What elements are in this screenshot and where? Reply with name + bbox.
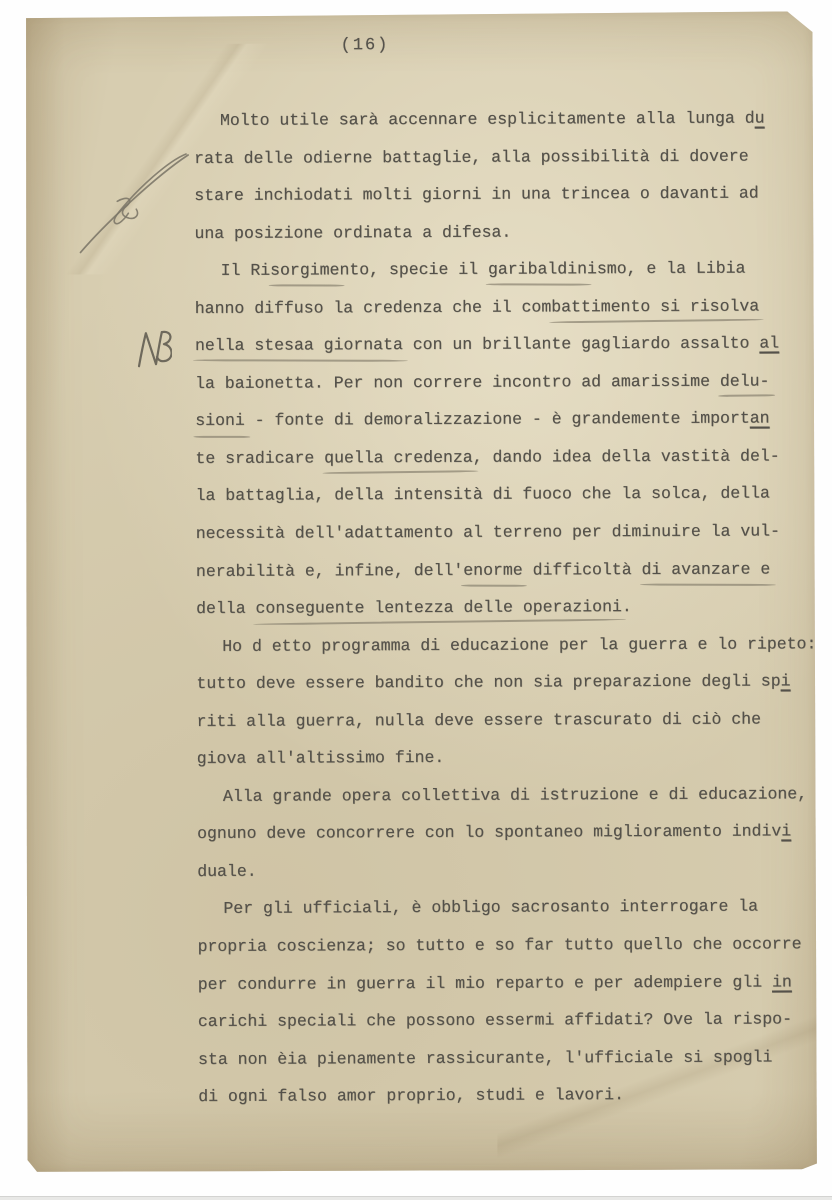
text-segment: con un brillante gagliardo assalto [403,325,760,364]
text-segment: tutto deve essere bandito che non sia pr… [196,663,780,703]
nb-annotation [136,328,172,370]
scan-edge [0,1196,832,1200]
typewritten-line: riti alla guerra, nulla deve essere tras… [196,700,808,740]
typewritten-line: rata delle odierne battaglie, alla possi… [194,137,806,177]
typed-underlined-text: i [781,813,791,851]
pencil-underlined-text: garibaldin [488,250,587,288]
text-segment: la battaglia, della intensità di fuoco c… [195,475,769,515]
typewritten-line: per condurre in guerra il mio reparto e … [198,963,810,1003]
pencil-flourish-mark [78,148,196,257]
typewritten-line: Il Risorgimento, specie il garibaldinism… [195,249,807,289]
typewritten-line: duale. [197,850,809,890]
typewritten-line: propria coscienza; so tutto e so far tut… [197,925,809,965]
text-segment: sta non èia pienamente rassicurante, l'u… [198,1038,772,1078]
text-segment: propria coscienza; so tutto e so far tut… [197,925,801,965]
typewritten-line: Alla grande opera collettiva di istruzio… [197,775,809,815]
text-segment: te sradicare [195,439,324,477]
typewritten-line: nerabilità e, infine, dell'enorme diffic… [196,550,808,590]
pencil-underlined-text: enorme [463,551,523,589]
typewritten-line: hanno diffuso la credenza che il combatt… [195,287,807,327]
typewritten-line: tutto deve essere bandito che non sia pr… [196,663,808,703]
pencil-underlined-text: nella stesaa giornata [195,326,403,364]
text-segment: Molto utile sarà accennare esplicitament… [220,100,755,140]
page-number: (16) [341,36,390,55]
typewritten-line: Ho d etto programma di educazione per la… [196,625,808,665]
pencil-underlined-text: quella credenza [324,439,473,477]
text-segment: Ho d etto programma di educazione per la… [222,625,816,665]
typewritten-line: carichi speciali che possono essermi aff… [198,1000,810,1040]
text-segment: - fonte di demoralizzazione - è grandeme… [245,400,750,440]
text-segment: . [622,588,632,626]
text-segment: stare inchiodati molti giorni in una tri… [194,175,759,215]
text-segment: necessità dell'adattamento al terreno pe… [196,512,780,552]
text-segment: per condurre in guerra il mio reparto e … [198,963,772,1003]
text-segment: la baionetta. Per non correre incontro a… [195,363,720,403]
pencil-underlined-text: delu- [720,362,770,400]
typewritten-line: sta non èia pienamente rassicurante, l'u… [198,1038,810,1078]
text-segment: difficoltà [523,551,642,589]
text-segment: Alla grande opera collettiva di istruzio… [223,775,807,815]
text-segment: una posizione ordinata a difesa. [194,213,511,252]
text-segment: duale. [197,853,257,891]
text-segment: nto, specie il [339,251,488,289]
typewritten-line: ognuno deve concorrere con lo spontaneo … [197,813,809,853]
typed-underlined-text: i [781,663,791,701]
typewritten-line: giova all'altissimo fine. [197,738,809,778]
text-segment: ognuno deve concorrere con lo spontaneo … [197,813,781,853]
text-segment: hanno diffuso la credenza che il com [195,288,552,327]
typewritten-line: te sradicare quella credenza, dando idea… [195,437,807,477]
typewritten-line: la battaglia, della intensità di fuoco c… [195,475,807,515]
typewritten-line: una posizione ordinata a difesa. [194,212,806,252]
text-segment: della [196,590,256,628]
text-segment: carichi speciali che possono essermi aff… [198,1001,792,1041]
typewritten-line: di ogni falso amor proprio, studi e lavo… [198,1076,810,1116]
text-segment: Il Ri [221,252,271,290]
pencil-underlined-text: sorgime [270,252,339,290]
document-page: (16) Molto utile sarà accennare esplicit… [22,11,817,1172]
typewritten-text: Molto utile sarà accennare esplicitament… [194,99,810,1115]
typewritten-line: nella stesaa giornata con un brillante g… [195,325,807,365]
typed-underlined-text: in [772,963,792,1001]
text-segment: rata delle odierne battaglie, alla possi… [194,137,749,177]
typewritten-line: sioni - fonte di demoralizzazione - è gr… [195,400,807,440]
pencil-underlined-text: sioni [195,402,245,440]
typed-underlined-text: al [759,325,779,363]
typewritten-line: necessità dell'adattamento al terreno pe… [196,512,808,552]
text-segment: giova all'altissimo fine. [197,739,445,778]
text-segment: Per gli ufficiali, è obbligo sacrosanto … [223,888,758,928]
typewritten-line: della conseguente lentezza delle operazi… [196,587,808,627]
typewritten-line: la baionetta. Per non correre incontro a… [195,362,807,402]
pencil-underlined-text: di avanzare e [641,550,770,588]
text-segment: nerabilità e, infine, dell' [196,551,464,590]
typewritten-line: Molto utile sarà accennare esplicitament… [194,99,806,139]
text-segment: di ogni falso amor proprio, studi e lavo… [198,1076,624,1115]
pencil-underlined-text: conseguente lentezza delle operazioni [255,588,622,627]
typewritten-line: stare inchiodati molti giorni in una tri… [194,174,806,214]
text-segment: riti alla guerra, nulla deve essere tras… [196,700,761,740]
typed-underlined-text: an [750,400,770,438]
scan-background: (16) Molto utile sarà accennare esplicit… [0,0,832,1200]
text-segment: ismo, e la Libia [587,250,746,288]
text-segment: , dando idea della vastità del- [473,437,780,476]
typed-underlined-text: u [755,99,765,137]
typewritten-line: Per gli ufficiali, è obbligo sacrosanto … [197,888,809,928]
pencil-underlined-text: battimento si risolva [551,287,759,325]
